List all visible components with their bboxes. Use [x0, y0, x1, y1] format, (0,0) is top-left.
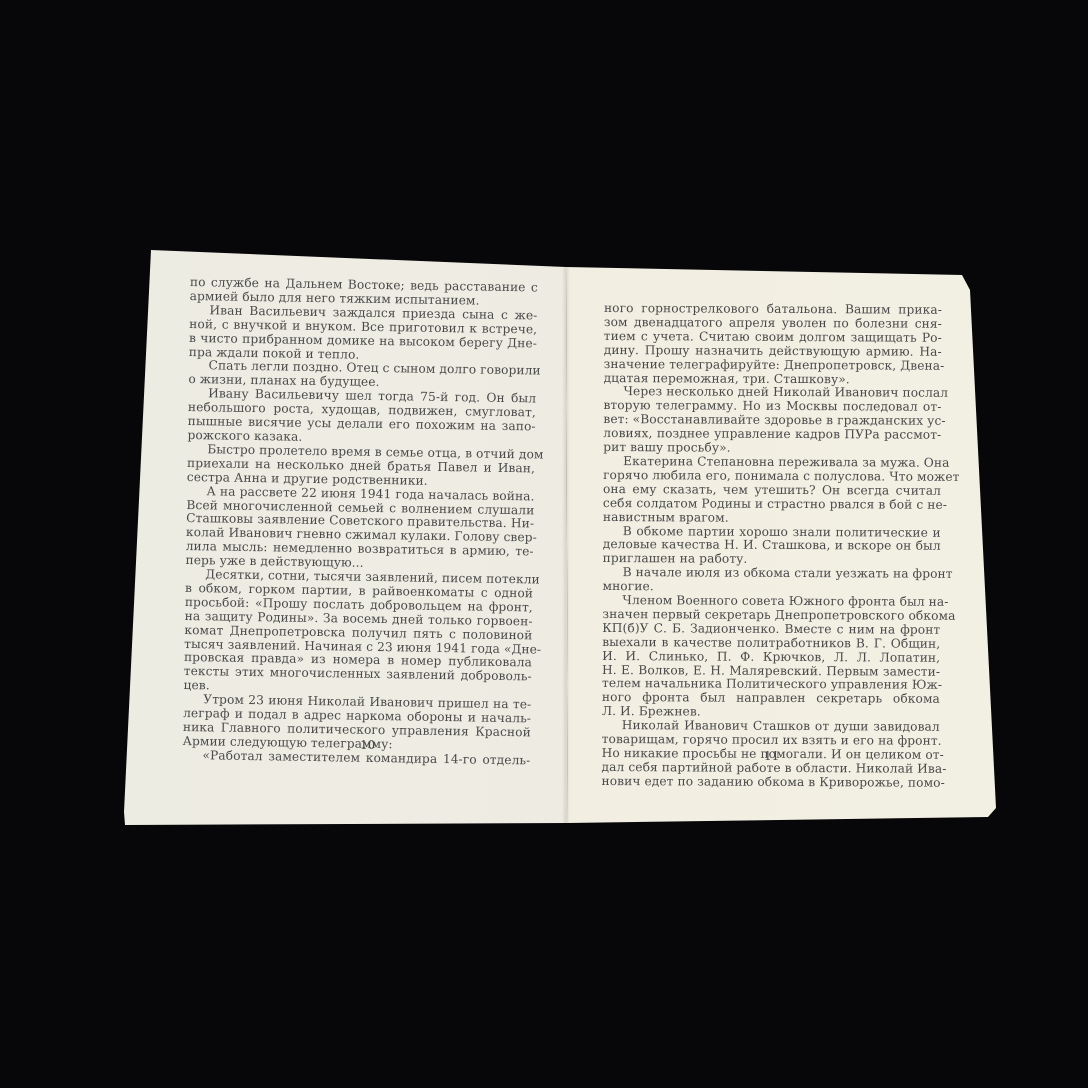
right-page-text: ного горнострелкового батальона. Вашим п…: [601, 302, 942, 790]
left-page-text: по службе на Дальнем Востоке; ведь расст…: [182, 276, 538, 768]
book-spine: [562, 267, 570, 823]
left-page-number: 10: [360, 738, 375, 752]
right-page-number: 11: [764, 749, 779, 763]
text-line: нович едет по заданию обкома в Криворожь…: [601, 775, 939, 791]
